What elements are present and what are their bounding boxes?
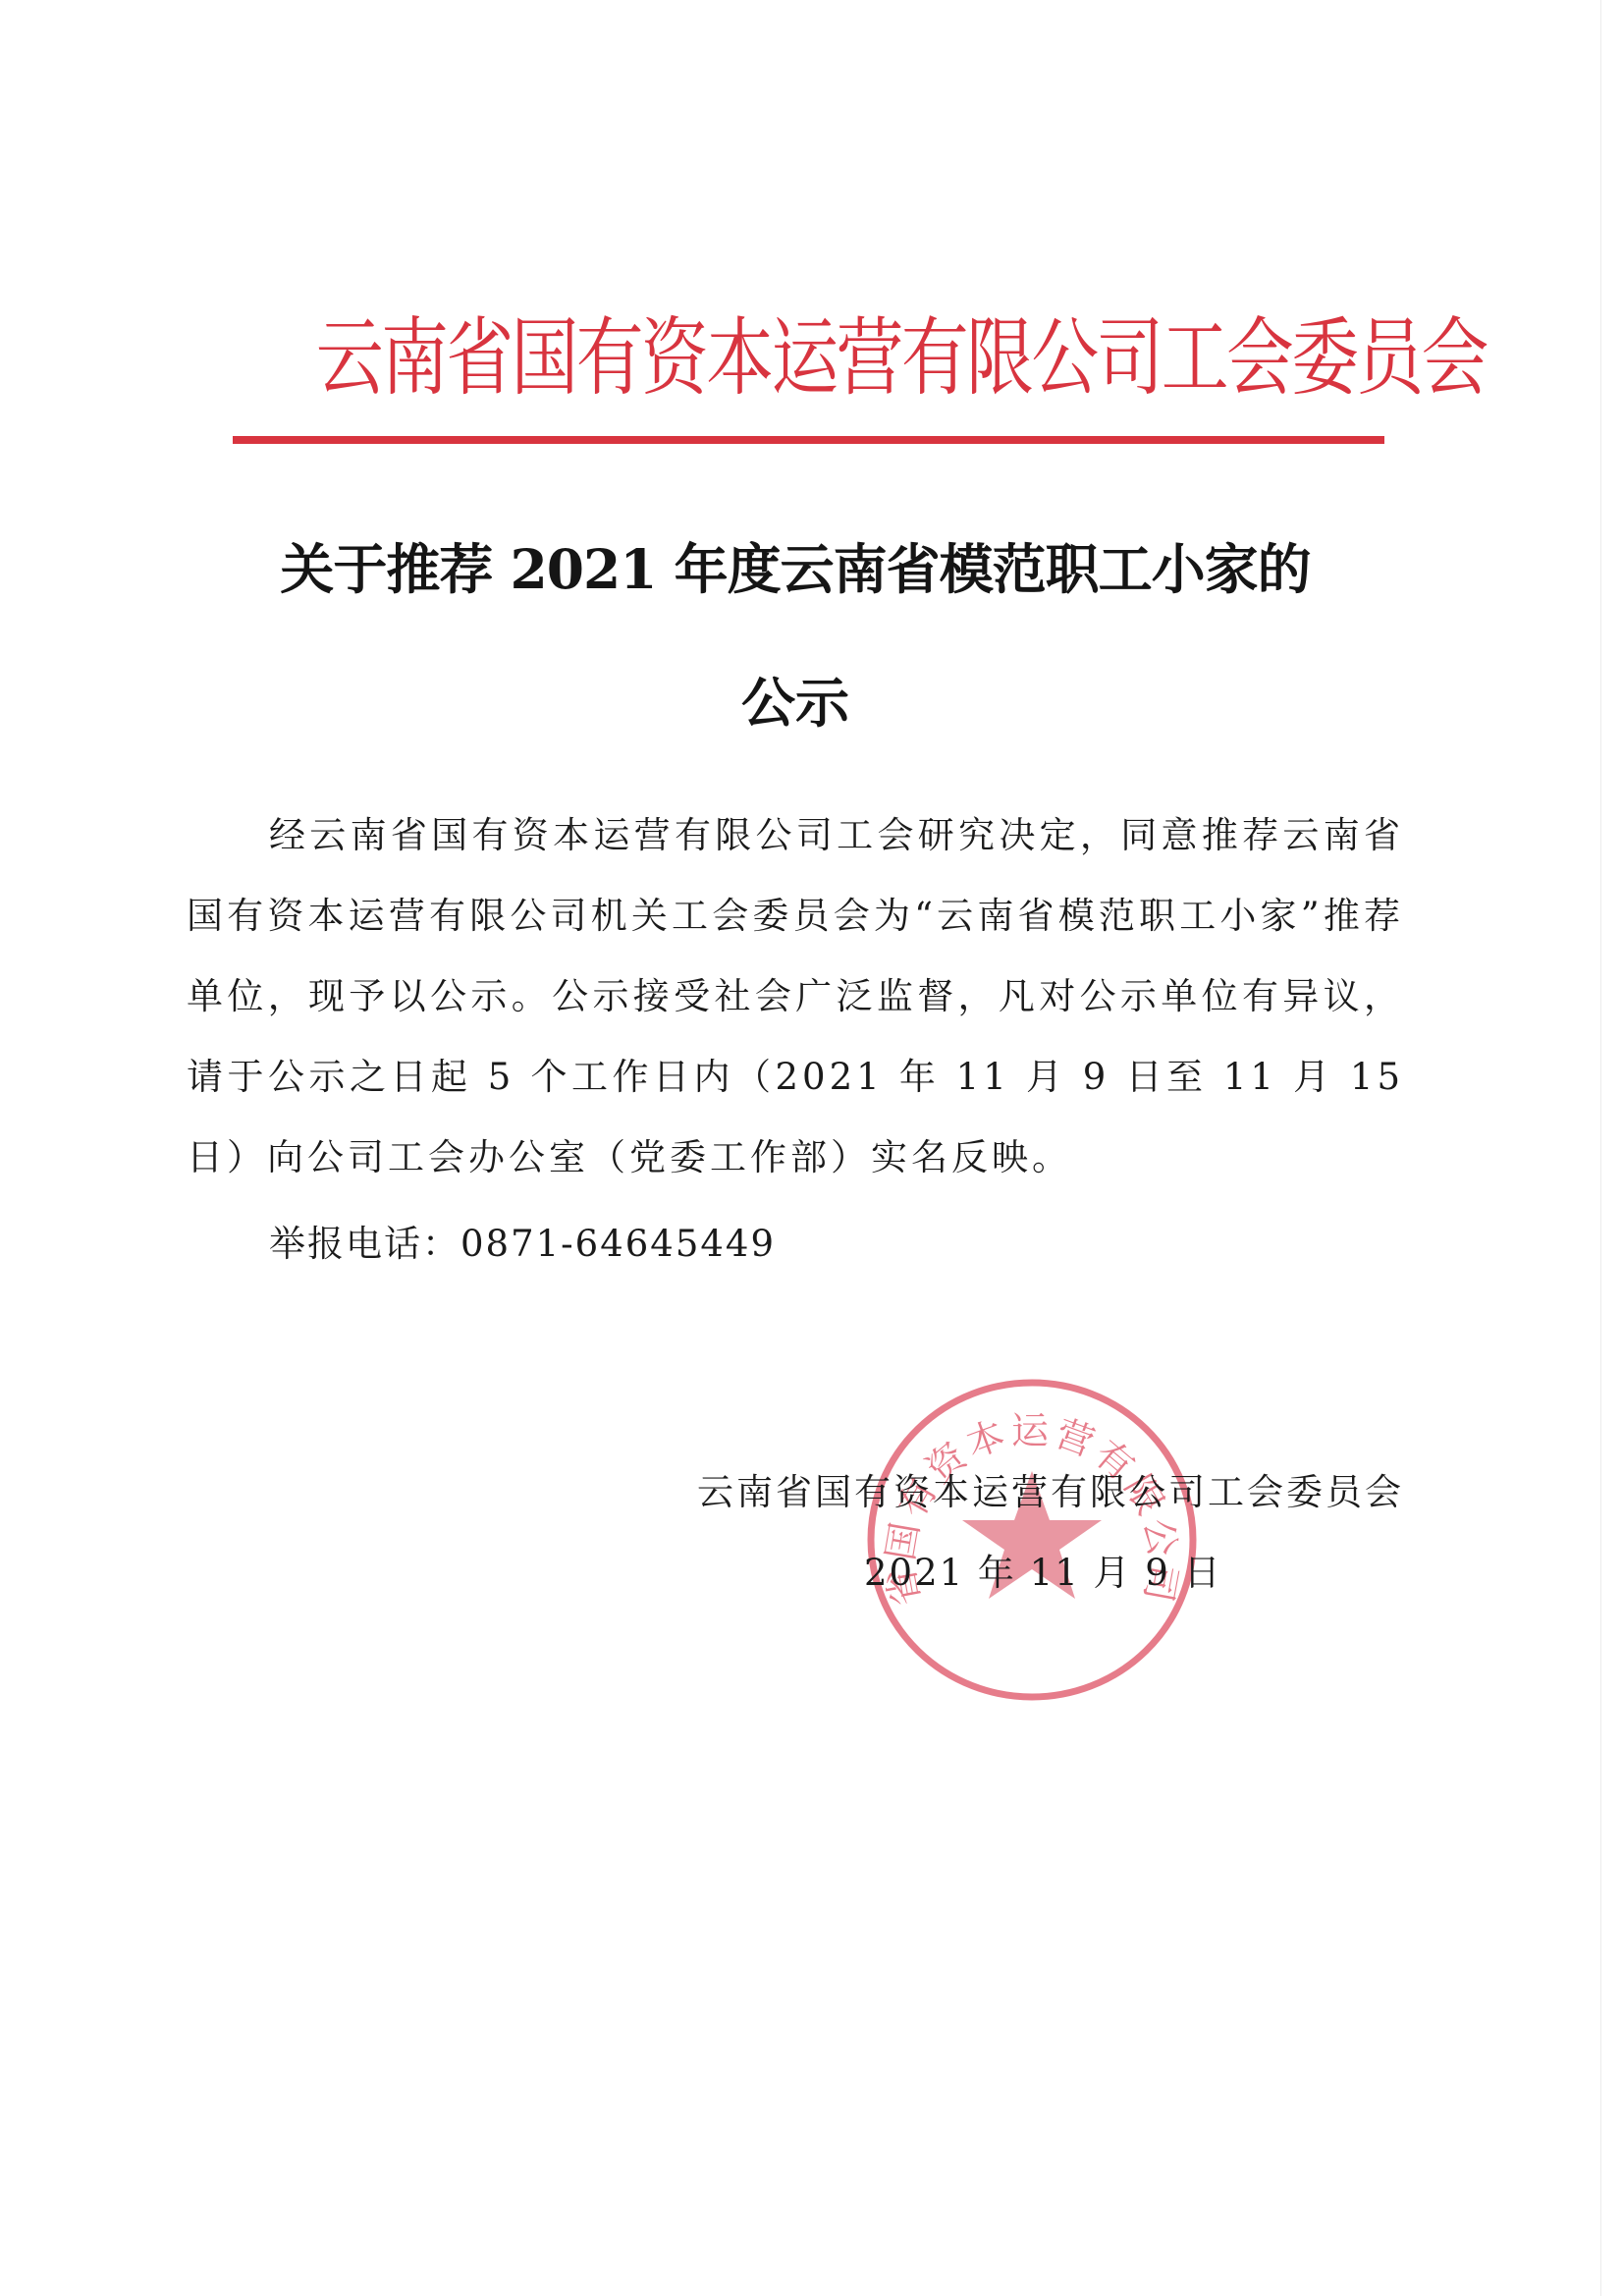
page-edge <box>1600 0 1601 2296</box>
signature-organization: 云南省国有资本运营有限公司工会委员会 <box>599 1453 1404 1532</box>
signature-date: 2021 年 11 月 9 日 <box>864 1534 1222 1613</box>
hotline-number: 0871-64645449 <box>460 1223 776 1265</box>
hotline-label: 举报电话： <box>269 1223 460 1265</box>
masthead-red-rule <box>233 436 1384 444</box>
document-title-subtitle: 公示 <box>216 664 1375 742</box>
notice-paragraph: 经云南省国有资本运营有限公司工会研究决定，同意推荐云南省国有资本运营有限公司机关… <box>187 795 1404 1198</box>
masthead-organization: 云南省国有资本运营有限公司工会委员会 <box>316 290 1304 427</box>
report-hotline: 举报电话：0871-64645449 <box>269 1204 776 1285</box>
notice-body: 经云南省国有资本运营有限公司工会研究决定，同意推荐云南省国有资本运营有限公司机关… <box>187 795 1404 1198</box>
document-title: 关于推荐 2021 年度云南省模范职工小家的 <box>216 530 1375 609</box>
